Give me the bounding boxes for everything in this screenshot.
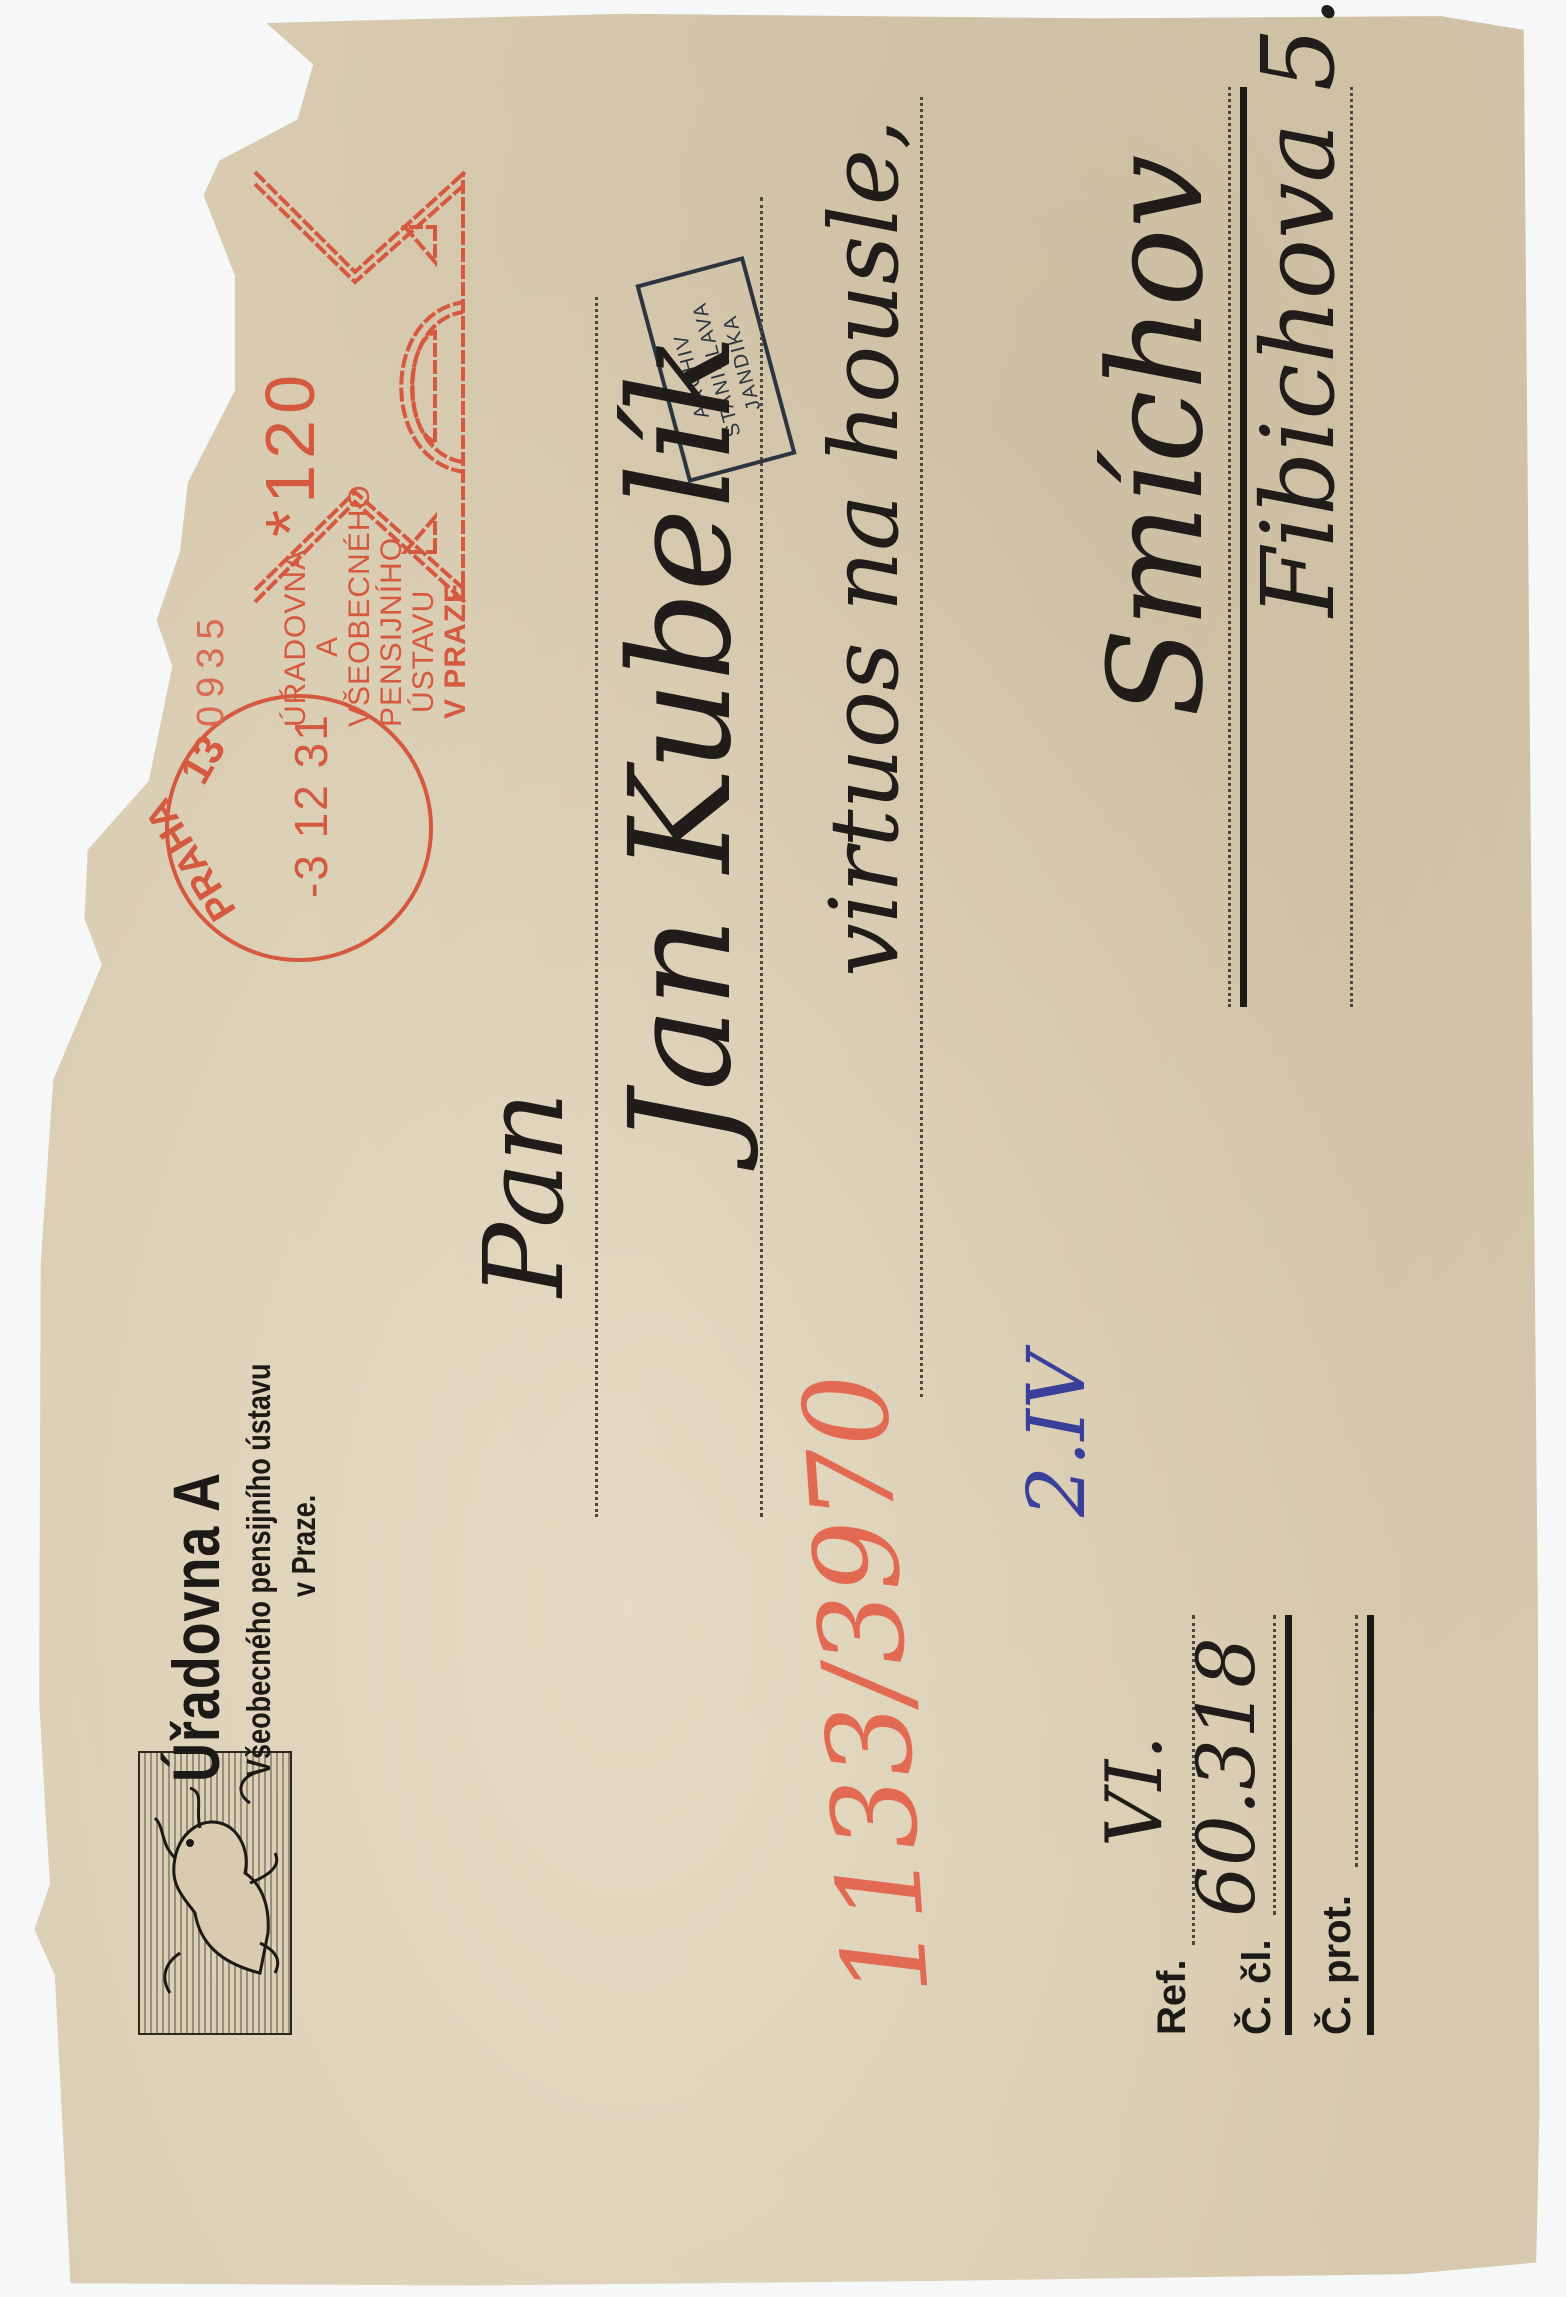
- sender-institution-line: Všeobecného pensijního ústavu: [240, 1364, 278, 1777]
- cislo-clanku-label: Č. čl.: [1235, 1939, 1280, 2035]
- cislo-protokolu-field-rule: [1355, 1615, 1358, 1867]
- blue-pencil-note: 2.IV: [1010, 1351, 1103, 1517]
- cislo-clanku-field-rule: [1273, 1615, 1276, 1915]
- envelope: Úřadovna A Všeobecného pensijního ústavu…: [0, 0, 1566, 2297]
- address-street: Fibichova 5.: [1240, 0, 1357, 617]
- cislo-clanku-value: 60.318: [1180, 1637, 1273, 1917]
- address-district: Smíchov: [1080, 155, 1232, 717]
- address-salutation: Pan: [460, 1092, 588, 1298]
- coat-of-arms-logo: [138, 1751, 292, 2035]
- ref-label: Ref.: [1150, 1959, 1195, 2035]
- postmark: PRAHA 13 -3 12 31: [165, 694, 433, 962]
- ref-value: VI.: [1090, 1735, 1180, 1847]
- address-recipient-title: virtuos na housle,: [810, 119, 920, 977]
- meter-serial-number: 0935: [190, 610, 233, 727]
- cislo-protokolu-label: Č. prot.: [1315, 1895, 1360, 2035]
- postmark-date: -3 12 31: [284, 713, 338, 898]
- cislo-clanku-underline: [1285, 1615, 1292, 2035]
- address-line-1-rule: [595, 297, 598, 1517]
- sender-city-line: v Praze.: [285, 1495, 323, 1597]
- lion-emblem-icon: [140, 1753, 290, 2033]
- address-recipient-name: Jan Kubelík: [600, 334, 763, 1147]
- cislo-protokolu-underline: [1367, 1615, 1374, 2035]
- meter-value: *120: [250, 369, 330, 537]
- address-line-3-rule: [920, 97, 923, 1397]
- sender-office-title: Úřadovna A: [158, 1472, 234, 1782]
